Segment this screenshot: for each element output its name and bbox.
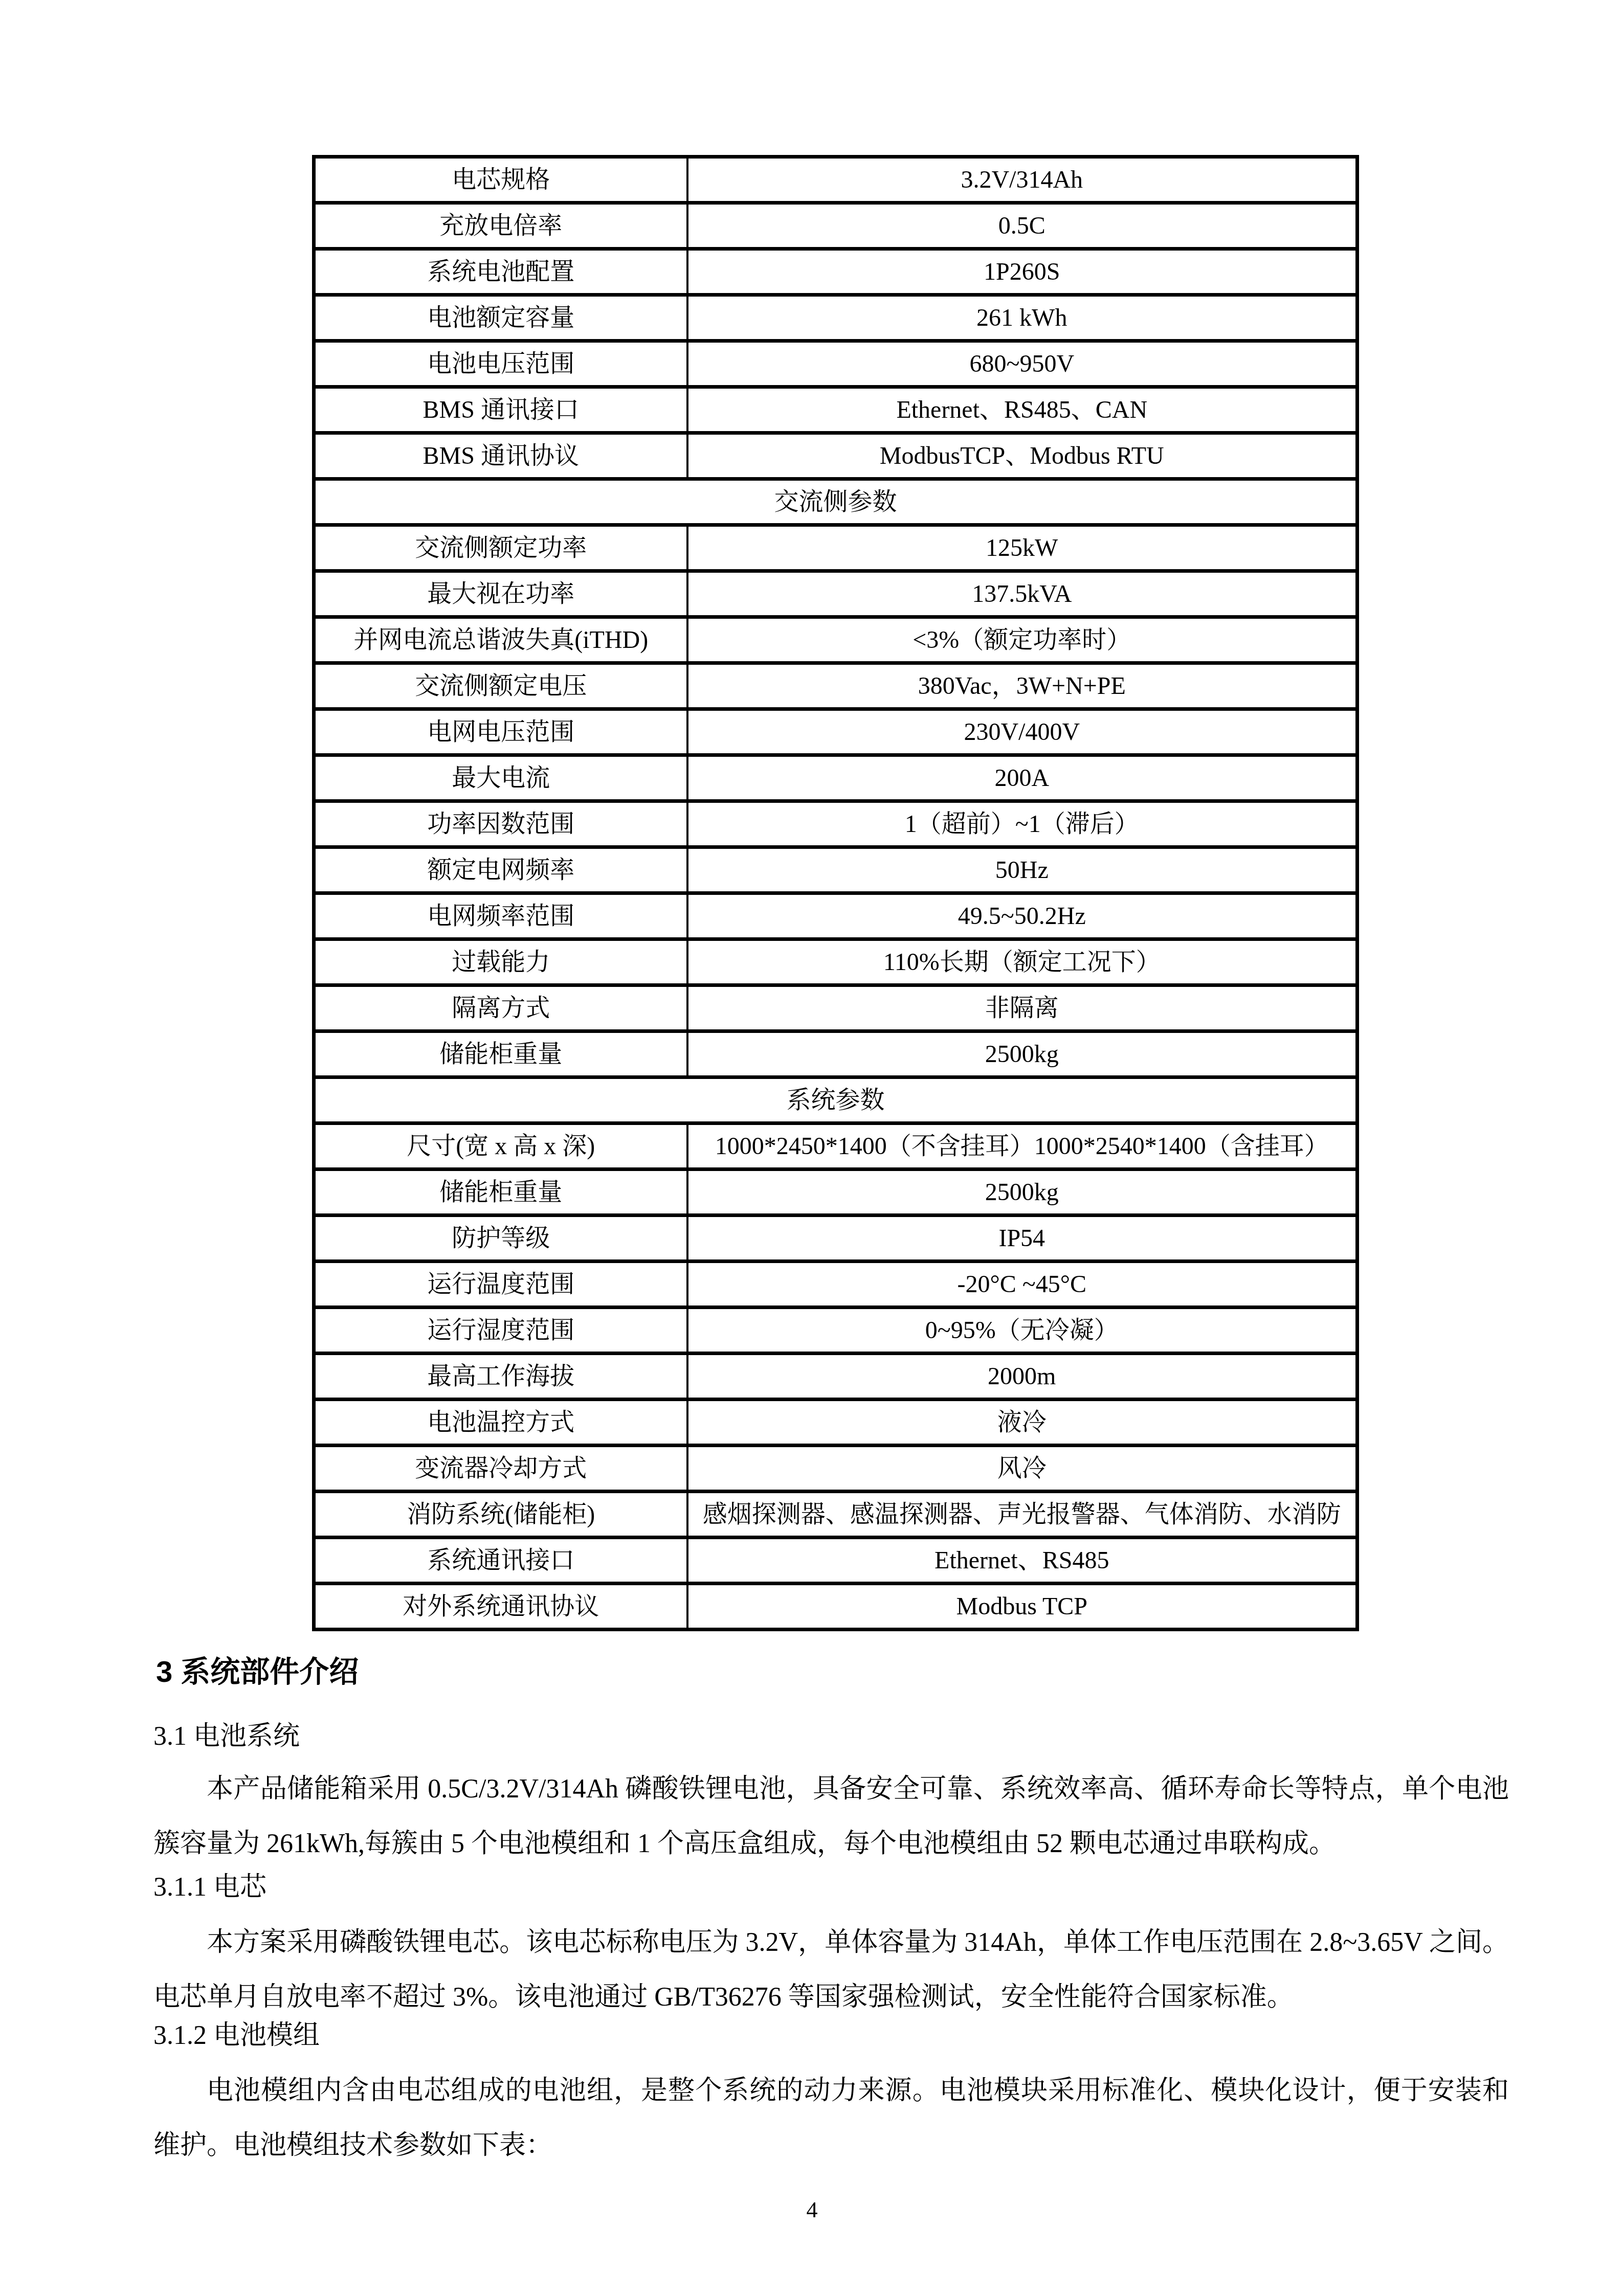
table-row: 最高工作海拔2000m [314, 1354, 1358, 1400]
table-row: 系统电池配置1P260S [314, 249, 1358, 295]
table-row: 额定电网频率50Hz [314, 847, 1358, 893]
table-row: BMS 通讯协议ModbusTCP、Modbus RTU [314, 433, 1358, 479]
table-section-header-row: 交流侧参数 [314, 479, 1358, 525]
spec-table: 电芯规格3.2V/314Ah充放电倍率0.5C系统电池配置1P260S电池额定容… [312, 155, 1359, 1631]
table-row: 交流侧额定电压380Vac，3W+N+PE [314, 663, 1358, 709]
spec-value-cell: 200A [687, 755, 1358, 801]
spec-value-cell: 0~95%（无冷凝） [687, 1308, 1358, 1354]
spec-value-cell: Ethernet、RS485 [687, 1538, 1358, 1584]
spec-value-cell: 液冷 [687, 1400, 1358, 1446]
section-header-cell: 交流侧参数 [314, 479, 1358, 525]
spec-label-cell: 消防系统(储能柜) [314, 1492, 687, 1538]
spec-value-cell: 1000*2450*1400（不含挂耳）1000*2540*1400（含挂耳） [687, 1123, 1358, 1169]
subsection-heading-3-1-1: 3.1.1 电芯 [153, 1872, 266, 1903]
table-row: 电池电压范围680~950V [314, 341, 1358, 387]
table-row: 隔离方式非隔离 [314, 985, 1358, 1031]
table-row: 尺寸(宽 x 高 x 深)1000*2450*1400（不含挂耳）1000*25… [314, 1123, 1358, 1169]
table-row: 功率因数范围1（超前）~1（滞后） [314, 801, 1358, 847]
table-row: 最大电流200A [314, 755, 1358, 801]
table-row: 充放电倍率0.5C [314, 203, 1358, 249]
spec-value-cell: 110%长期（额定工况下） [687, 939, 1358, 985]
paragraph-battery-system: 本产品储能箱采用 0.5C/3.2V/314Ah 磷酸铁锂电池，具备安全可靠、系… [153, 1762, 1509, 1871]
spec-label-cell: 最大视在功率 [314, 571, 687, 617]
spec-label-cell: 过载能力 [314, 939, 687, 985]
table-row: 过载能力110%长期（额定工况下） [314, 939, 1358, 985]
spec-value-cell: ModbusTCP、Modbus RTU [687, 433, 1358, 479]
table-row: 电网频率范围49.5~50.2Hz [314, 893, 1358, 939]
table-row: 防护等级IP54 [314, 1215, 1358, 1262]
document-page: 电芯规格3.2V/314Ah充放电倍率0.5C系统电池配置1P260S电池额定容… [0, 0, 1624, 2296]
spec-label-cell: 最大电流 [314, 755, 687, 801]
spec-table-body: 电芯规格3.2V/314Ah充放电倍率0.5C系统电池配置1P260S电池额定容… [314, 157, 1358, 1630]
subsection-heading-3-1: 3.1 电池系统 [153, 1721, 300, 1752]
spec-label-cell: 对外系统通讯协议 [314, 1584, 687, 1630]
table-section-header-row: 系统参数 [314, 1077, 1358, 1123]
spec-label-cell: 电芯规格 [314, 157, 687, 203]
table-row: 运行湿度范围0~95%（无冷凝） [314, 1308, 1358, 1354]
spec-label-cell: 交流侧额定功率 [314, 525, 687, 571]
spec-label-cell: 储能柜重量 [314, 1169, 687, 1215]
spec-value-cell: 1P260S [687, 249, 1358, 295]
spec-value-cell: 380Vac，3W+N+PE [687, 663, 1358, 709]
table-row: BMS 通讯接口Ethernet、RS485、CAN [314, 387, 1358, 433]
page-number: 4 [0, 2199, 1624, 2221]
table-row: 运行温度范围-20°C ~45°C [314, 1262, 1358, 1308]
table-row: 电芯规格3.2V/314Ah [314, 157, 1358, 203]
spec-label-cell: 系统电池配置 [314, 249, 687, 295]
spec-label-cell: 电池额定容量 [314, 295, 687, 341]
spec-value-cell: Modbus TCP [687, 1584, 1358, 1630]
spec-label-cell: 电池电压范围 [314, 341, 687, 387]
spec-value-cell: 49.5~50.2Hz [687, 893, 1358, 939]
spec-value-cell: 1（超前）~1（滞后） [687, 801, 1358, 847]
spec-label-cell: 电池温控方式 [314, 1400, 687, 1446]
table-row: 系统通讯接口Ethernet、RS485 [314, 1538, 1358, 1584]
spec-value-cell: 非隔离 [687, 985, 1358, 1031]
spec-value-cell: Ethernet、RS485、CAN [687, 387, 1358, 433]
spec-label-cell: 系统通讯接口 [314, 1538, 687, 1584]
spec-label-cell: BMS 通讯协议 [314, 433, 687, 479]
spec-label-cell: 电网电压范围 [314, 709, 687, 755]
spec-label-cell: 储能柜重量 [314, 1031, 687, 1077]
spec-value-cell: 3.2V/314Ah [687, 157, 1358, 203]
spec-label-cell: 防护等级 [314, 1215, 687, 1262]
spec-value-cell: 2500kg [687, 1031, 1358, 1077]
table-row: 对外系统通讯协议Modbus TCP [314, 1584, 1358, 1630]
table-row: 储能柜重量2500kg [314, 1031, 1358, 1077]
table-row: 变流器冷却方式风冷 [314, 1446, 1358, 1492]
spec-value-cell: IP54 [687, 1215, 1358, 1262]
spec-label-cell: 运行温度范围 [314, 1262, 687, 1308]
spec-value-cell: <3%（额定功率时） [687, 617, 1358, 663]
table-row: 电池温控方式液冷 [314, 1400, 1358, 1446]
spec-label-cell: 变流器冷却方式 [314, 1446, 687, 1492]
spec-value-cell: 230V/400V [687, 709, 1358, 755]
spec-value-cell: 2000m [687, 1354, 1358, 1400]
spec-label-cell: BMS 通讯接口 [314, 387, 687, 433]
paragraph-cell: 本方案采用磷酸铁锂电芯。该电芯标称电压为 3.2V，单体容量为 314Ah，单体… [153, 1915, 1509, 2024]
spec-value-cell: 261 kWh [687, 295, 1358, 341]
table-row: 交流侧额定功率125kW [314, 525, 1358, 571]
table-row: 电网电压范围230V/400V [314, 709, 1358, 755]
table-row: 消防系统(储能柜)感烟探测器、感温探测器、声光报警器、气体消防、水消防 [314, 1492, 1358, 1538]
table-row: 储能柜重量2500kg [314, 1169, 1358, 1215]
spec-label-cell: 额定电网频率 [314, 847, 687, 893]
spec-value-cell: 137.5kVA [687, 571, 1358, 617]
subsection-heading-3-1-2: 3.1.2 电池模组 [153, 2020, 320, 2052]
spec-value-cell: 50Hz [687, 847, 1358, 893]
spec-value-cell: 125kW [687, 525, 1358, 571]
spec-label-cell: 电网频率范围 [314, 893, 687, 939]
paragraph-battery-module: 电池模组内含由电芯组成的电池组，是整个系统的动力来源。电池模块采用标准化、模块化… [153, 2063, 1509, 2173]
spec-label-cell: 运行湿度范围 [314, 1308, 687, 1354]
spec-label-cell: 充放电倍率 [314, 203, 687, 249]
table-row: 并网电流总谐波失真(iTHD)<3%（额定功率时） [314, 617, 1358, 663]
table-row: 电池额定容量261 kWh [314, 295, 1358, 341]
spec-label-cell: 最高工作海拔 [314, 1354, 687, 1400]
spec-value-cell: 2500kg [687, 1169, 1358, 1215]
section-header-cell: 系统参数 [314, 1077, 1358, 1123]
spec-value-cell: 0.5C [687, 203, 1358, 249]
spec-label-cell: 并网电流总谐波失真(iTHD) [314, 617, 687, 663]
spec-label-cell: 隔离方式 [314, 985, 687, 1031]
spec-label-cell: 功率因数范围 [314, 801, 687, 847]
section-heading: 3 系统部件介绍 [156, 1654, 359, 1690]
spec-label-cell: 尺寸(宽 x 高 x 深) [314, 1123, 687, 1169]
spec-value-cell: -20°C ~45°C [687, 1262, 1358, 1308]
table-row: 最大视在功率137.5kVA [314, 571, 1358, 617]
spec-label-cell: 交流侧额定电压 [314, 663, 687, 709]
spec-value-cell: 感烟探测器、感温探测器、声光报警器、气体消防、水消防 [687, 1492, 1358, 1538]
spec-value-cell: 680~950V [687, 341, 1358, 387]
spec-value-cell: 风冷 [687, 1446, 1358, 1492]
